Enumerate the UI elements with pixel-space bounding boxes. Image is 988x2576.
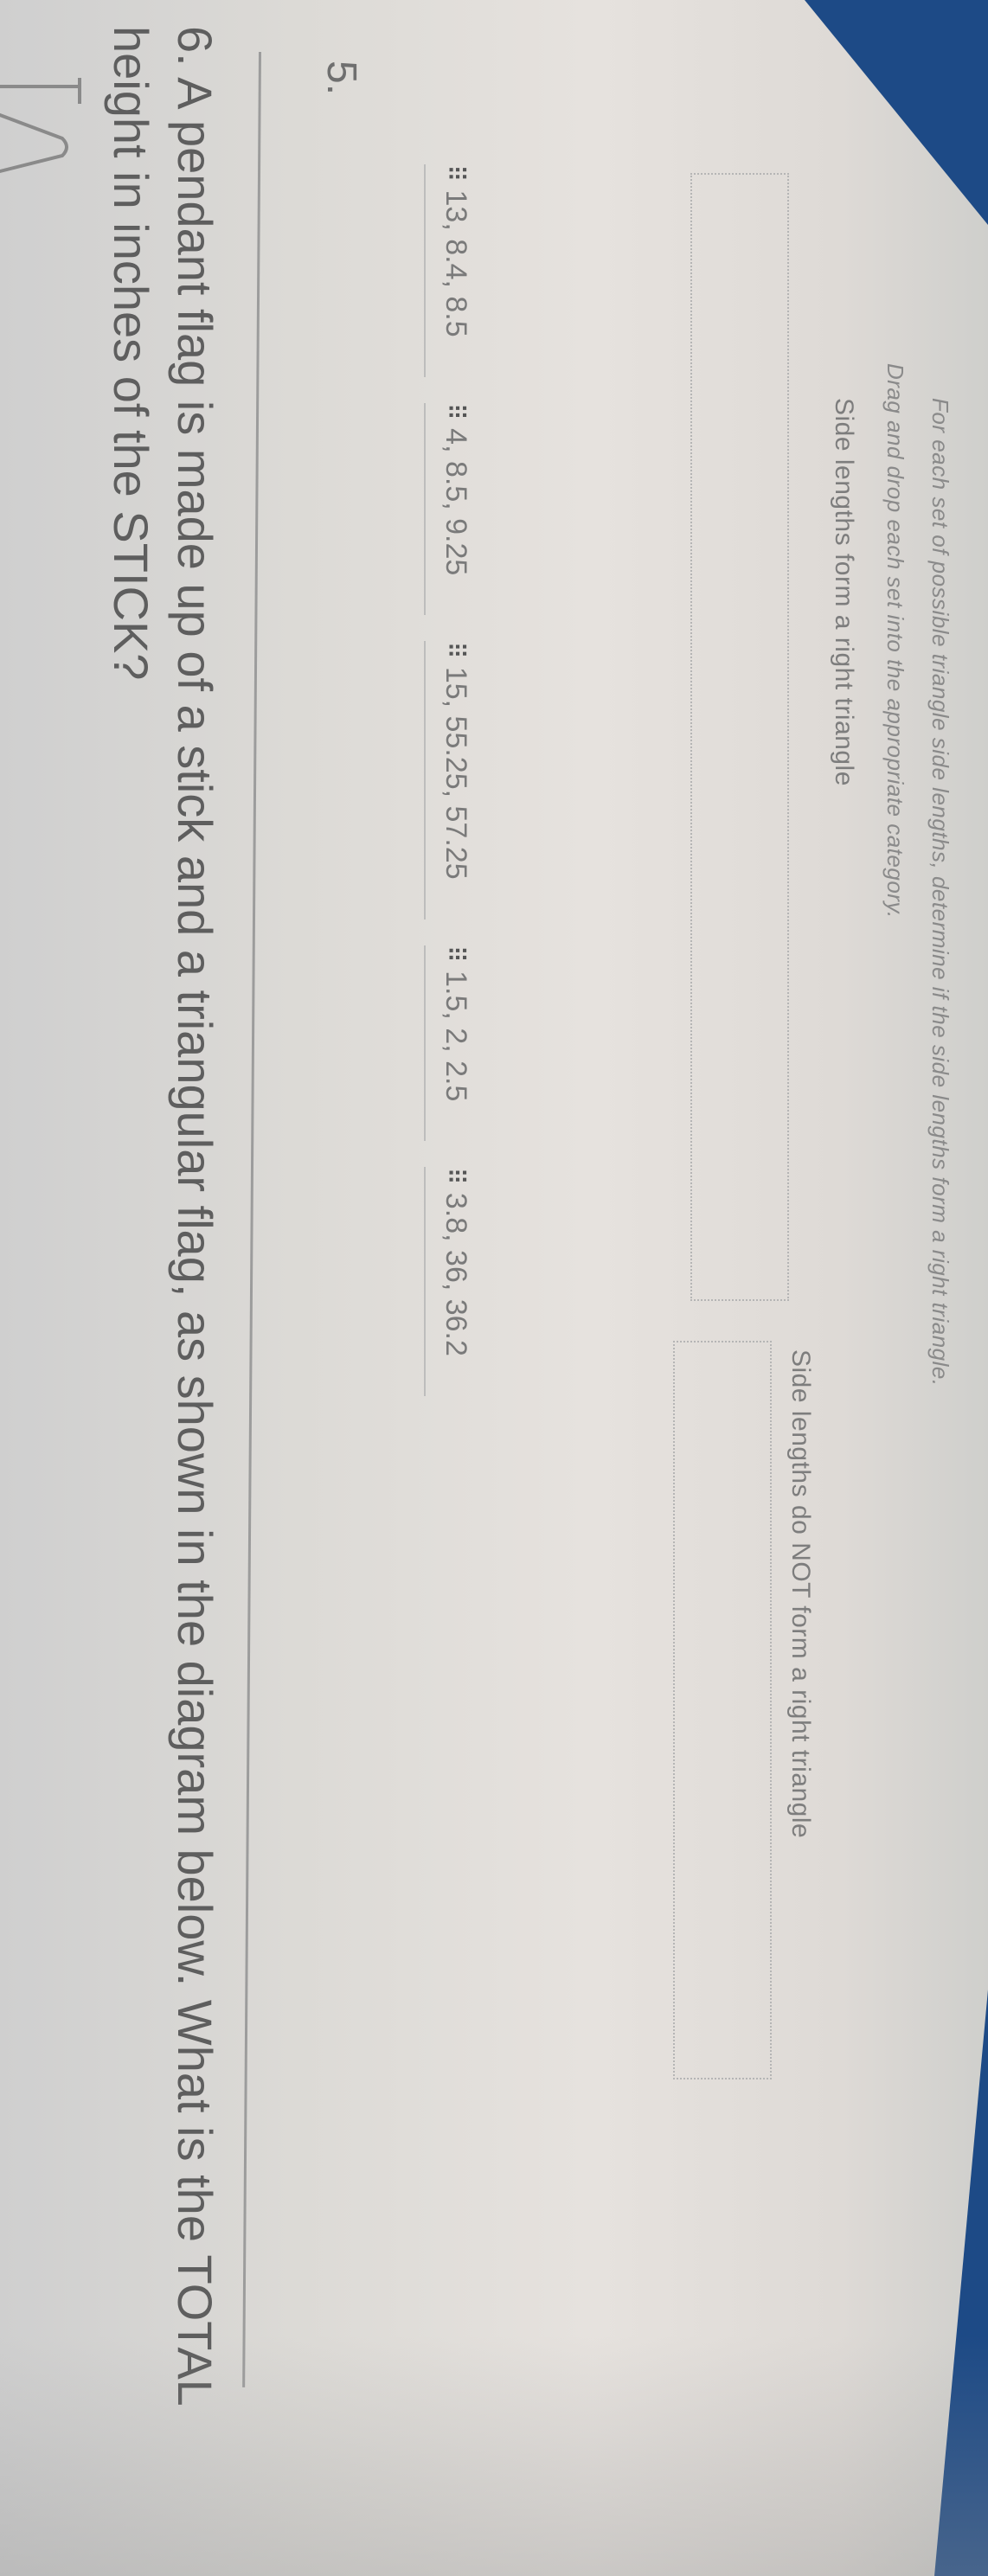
- category-not-right-triangle-label: Side lengths do NOT form a right triangl…: [786, 1349, 815, 1838]
- chip-value: 13, 8.4, 8.5: [439, 190, 473, 337]
- chip-set-5[interactable]: ⠿ 3.8, 36, 36.2: [424, 1167, 486, 1396]
- chip-set-1[interactable]: ⠿ 13, 8.4, 8.5: [424, 164, 486, 377]
- category-right-triangle-label: Side lengths form a right triangle: [829, 398, 858, 786]
- flag-diagram-icon: [0, 78, 88, 182]
- worksheet-page: For each set of possible triangle side l…: [0, 0, 988, 2576]
- chip-value: 1.5, 2, 2.5: [439, 971, 473, 1101]
- drag-handle-icon[interactable]: ⠿: [442, 641, 471, 657]
- chip-value: 3.8, 36, 36.2: [439, 1193, 473, 1356]
- question-5-number: 5.: [318, 61, 365, 95]
- instruction-line-2: Drag and drop each set into the appropri…: [882, 363, 908, 919]
- drag-handle-icon[interactable]: ⠿: [442, 945, 471, 961]
- drag-handle-icon[interactable]: ⠿: [442, 164, 471, 180]
- chip-value: 4, 8.5, 9.25: [439, 428, 473, 575]
- draggable-chips: ⠿ 13, 8.4, 8.5 ⠿ 4, 8.5, 9.25 ⠿ 15, 55.2…: [424, 164, 486, 1422]
- question-6-text: 6. A pendant flag is made up of a stick …: [99, 26, 227, 2534]
- section-divider: [242, 52, 261, 2387]
- chip-set-3[interactable]: ⠿ 15, 55.25, 57.25: [424, 641, 486, 919]
- instruction-line-1: For each set of possible triangle side l…: [927, 398, 953, 1387]
- drag-handle-icon[interactable]: ⠿: [442, 403, 471, 419]
- dropzone-not-right-triangle[interactable]: [673, 1341, 772, 2079]
- chip-set-4[interactable]: ⠿ 1.5, 2, 2.5: [424, 945, 486, 1142]
- chip-value: 15, 55.25, 57.25: [439, 667, 473, 880]
- drag-handle-icon[interactable]: ⠿: [442, 1167, 471, 1182]
- chip-set-2[interactable]: ⠿ 4, 8.5, 9.25: [424, 403, 486, 616]
- dropzone-right-triangle[interactable]: [690, 173, 789, 1301]
